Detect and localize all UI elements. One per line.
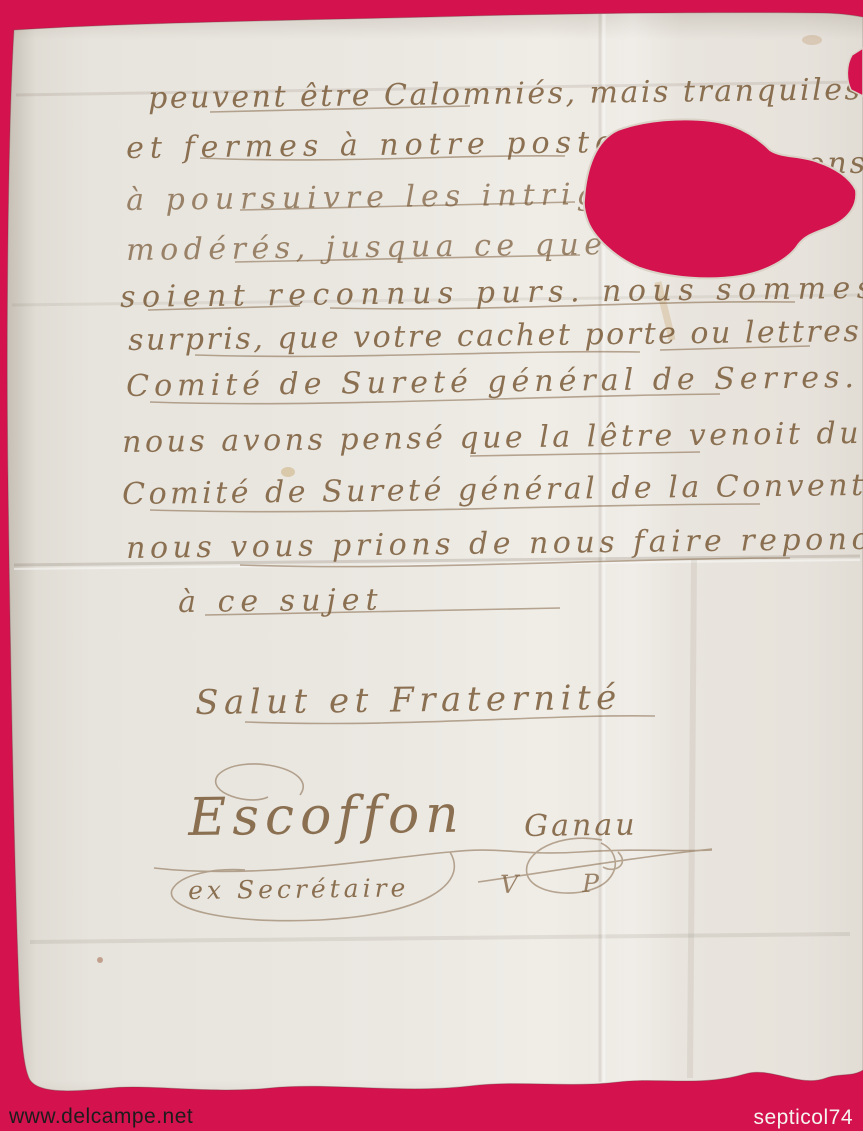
seller-watermark: septicol74 [753,1106,853,1130]
delcampe-watermark: www.delcampe.net [9,1105,193,1129]
tear-overlay [0,0,863,1131]
letter-photo: peuvent être Calomniés, mais tranquiles,… [0,0,863,1131]
paper-tear-hole [584,119,857,278]
paper-edge-notch [847,48,863,96]
